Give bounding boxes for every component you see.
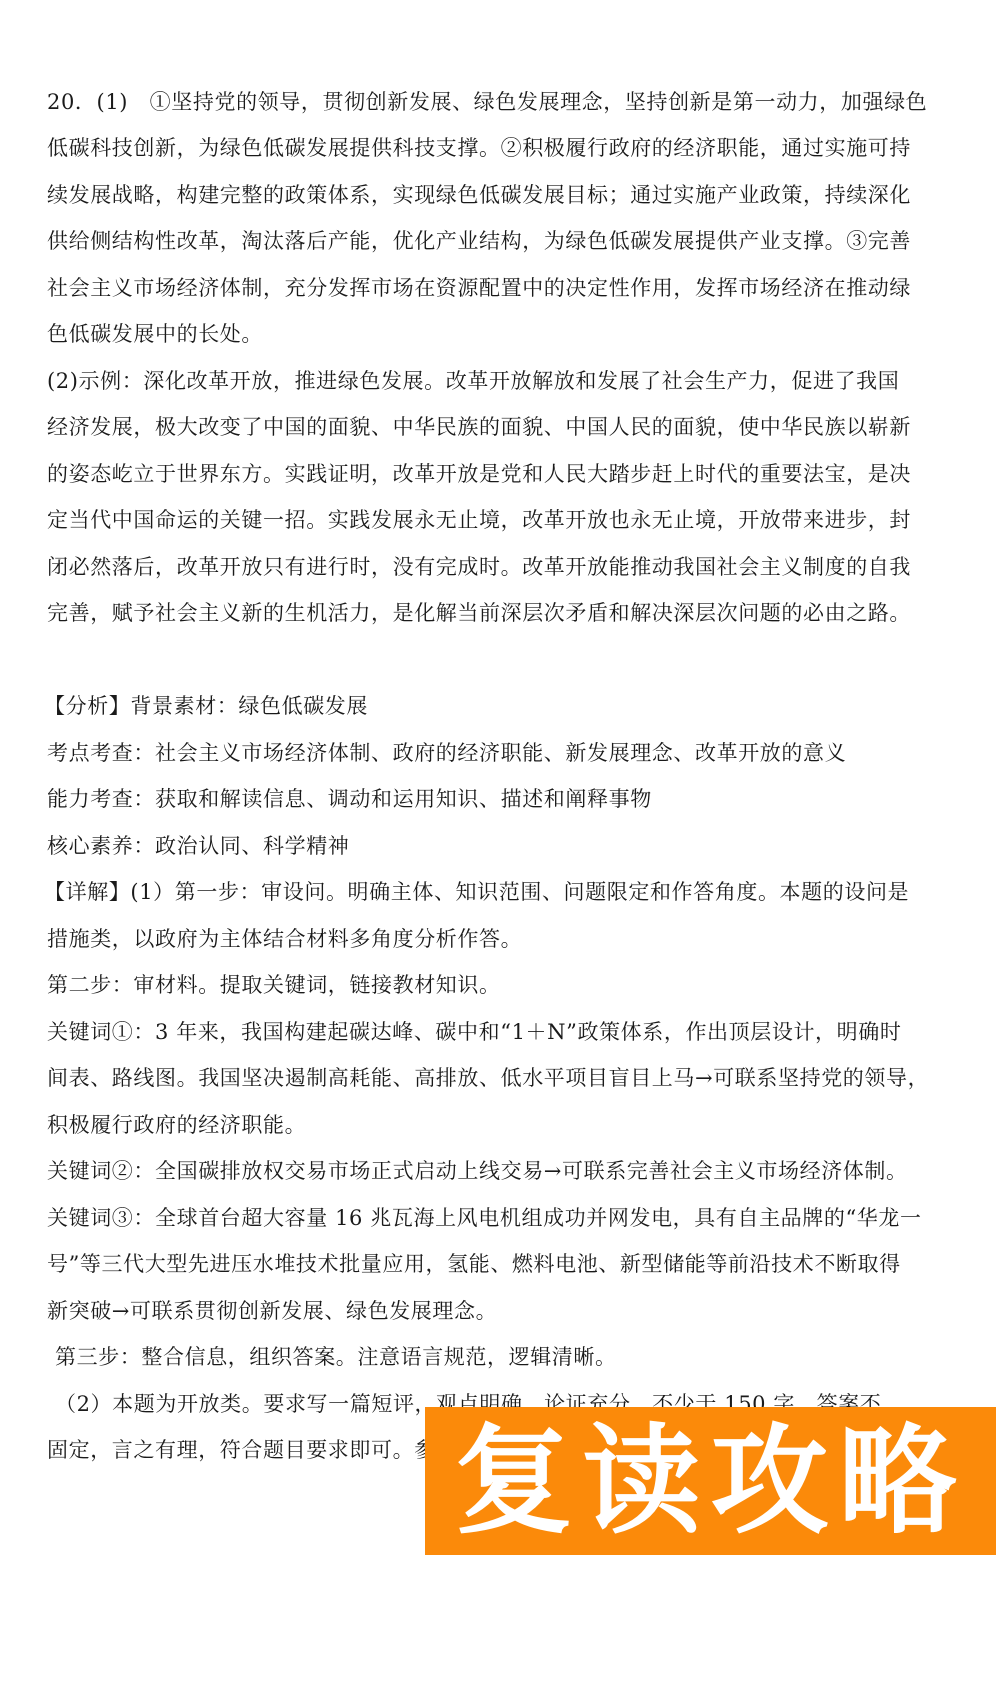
explanation-line: 措施类，以政府为主体结合材料多角度分析作答。	[47, 925, 947, 953]
explanation-line: 第二步：审材料。提取关键词，链接教材知识。	[47, 971, 947, 999]
watermark-text: 复读攻略	[454, 1422, 966, 1540]
explanation-line: 关键词②：全国碳排放权交易市场正式启动上线交易→可联系完善社会主义市场经济体制。	[47, 1157, 947, 1185]
watermark-banner: 复读攻略	[425, 1407, 996, 1555]
explanation-line: 关键词③：全球首台超大容量 16 兆瓦海上风电机组成功并网发电，具有自主品牌的“…	[47, 1204, 947, 1232]
answer-line: 供给侧结构性改革，淘汰落后产能，优化产业结构，为绿色低碳发展提供产业支撑。③完善	[47, 227, 947, 255]
explanation-line: 新突破→可联系贯彻创新发展、绿色发展理念。	[47, 1297, 947, 1325]
answer-line: 闭必然落后，改革开放只有进行时，没有完成时。改革开放能推动我国社会主义制度的自我	[47, 553, 947, 581]
analysis-line: 能力考查：获取和解读信息、调动和运用知识、描述和阐释事物	[47, 785, 947, 813]
analysis-heading: 【分析】背景素材：绿色低碳发展	[44, 692, 944, 720]
explanation-line: 第三步：整合信息，组织答案。注意语言规范，逻辑清晰。	[55, 1343, 955, 1371]
analysis-line: 考点考查：社会主义市场经济体制、政府的经济职能、新发展理念、改革开放的意义	[47, 739, 947, 767]
answer-line: 续发展战略，构建完整的政策体系，实现绿色低碳发展目标；通过实施产业政策，持续深化	[47, 181, 947, 209]
explanation-line: 号”等三代大型先进压水堆技术批量应用，氢能、燃料电池、新型储能等前沿技术不断取得	[47, 1250, 947, 1278]
answer-line: 的姿态屹立于世界东方。实践证明，改革开放是党和人民大踏步赶上时代的重要法宝，是决	[47, 460, 947, 488]
answer-line: 20．(1) ①坚持党的领导，贯彻创新发展、绿色发展理念，坚持创新是第一动力，加…	[47, 88, 947, 116]
answer-line: 社会主义市场经济体制，充分发挥市场在资源配置中的决定性作用，发挥市场经济在推动绿	[47, 274, 947, 302]
answer-line: 完善，赋予社会主义新的生机活力，是化解当前深层次矛盾和解决深层次问题的必由之路。	[47, 599, 947, 627]
answer-line: (2)示例：深化改革开放，推进绿色发展。改革开放解放和发展了社会生产力，促进了我…	[47, 367, 947, 395]
analysis-line: 核心素养：政治认同、科学精神	[47, 832, 947, 860]
explanation-line: 间表、路线图。我国坚决遏制高耗能、高排放、低水平项目盲目上马→可联系坚持党的领导…	[47, 1064, 947, 1092]
explanation-line: 关键词①：3 年来，我国构建起碳达峰、碳中和“1＋N”政策体系，作出顶层设计，明…	[47, 1018, 947, 1046]
explanation-line: 积极履行政府的经济职能。	[47, 1111, 947, 1139]
answer-line: 色低碳发展中的长处。	[47, 320, 947, 348]
answer-line: 定当代中国命运的关键一招。实践发展永无止境，改革开放也永无止境，开放带来进步，封	[47, 506, 947, 534]
explanation-heading: 【详解】(1）第一步：审设问。明确主体、知识范围、问题限定和作答角度。本题的设问…	[44, 878, 944, 906]
document-page: 20．(1) ①坚持党的领导，贯彻创新发展、绿色发展理念，坚持创新是第一动力，加…	[0, 0, 1000, 1685]
answer-line: 低碳科技创新，为绿色低碳发展提供科技支撑。②积极履行政府的经济职能，通过实施可持	[47, 134, 947, 162]
answer-line: 经济发展，极大改变了中国的面貌、中华民族的面貌、中国人民的面貌，使中华民族以崭新	[47, 413, 947, 441]
